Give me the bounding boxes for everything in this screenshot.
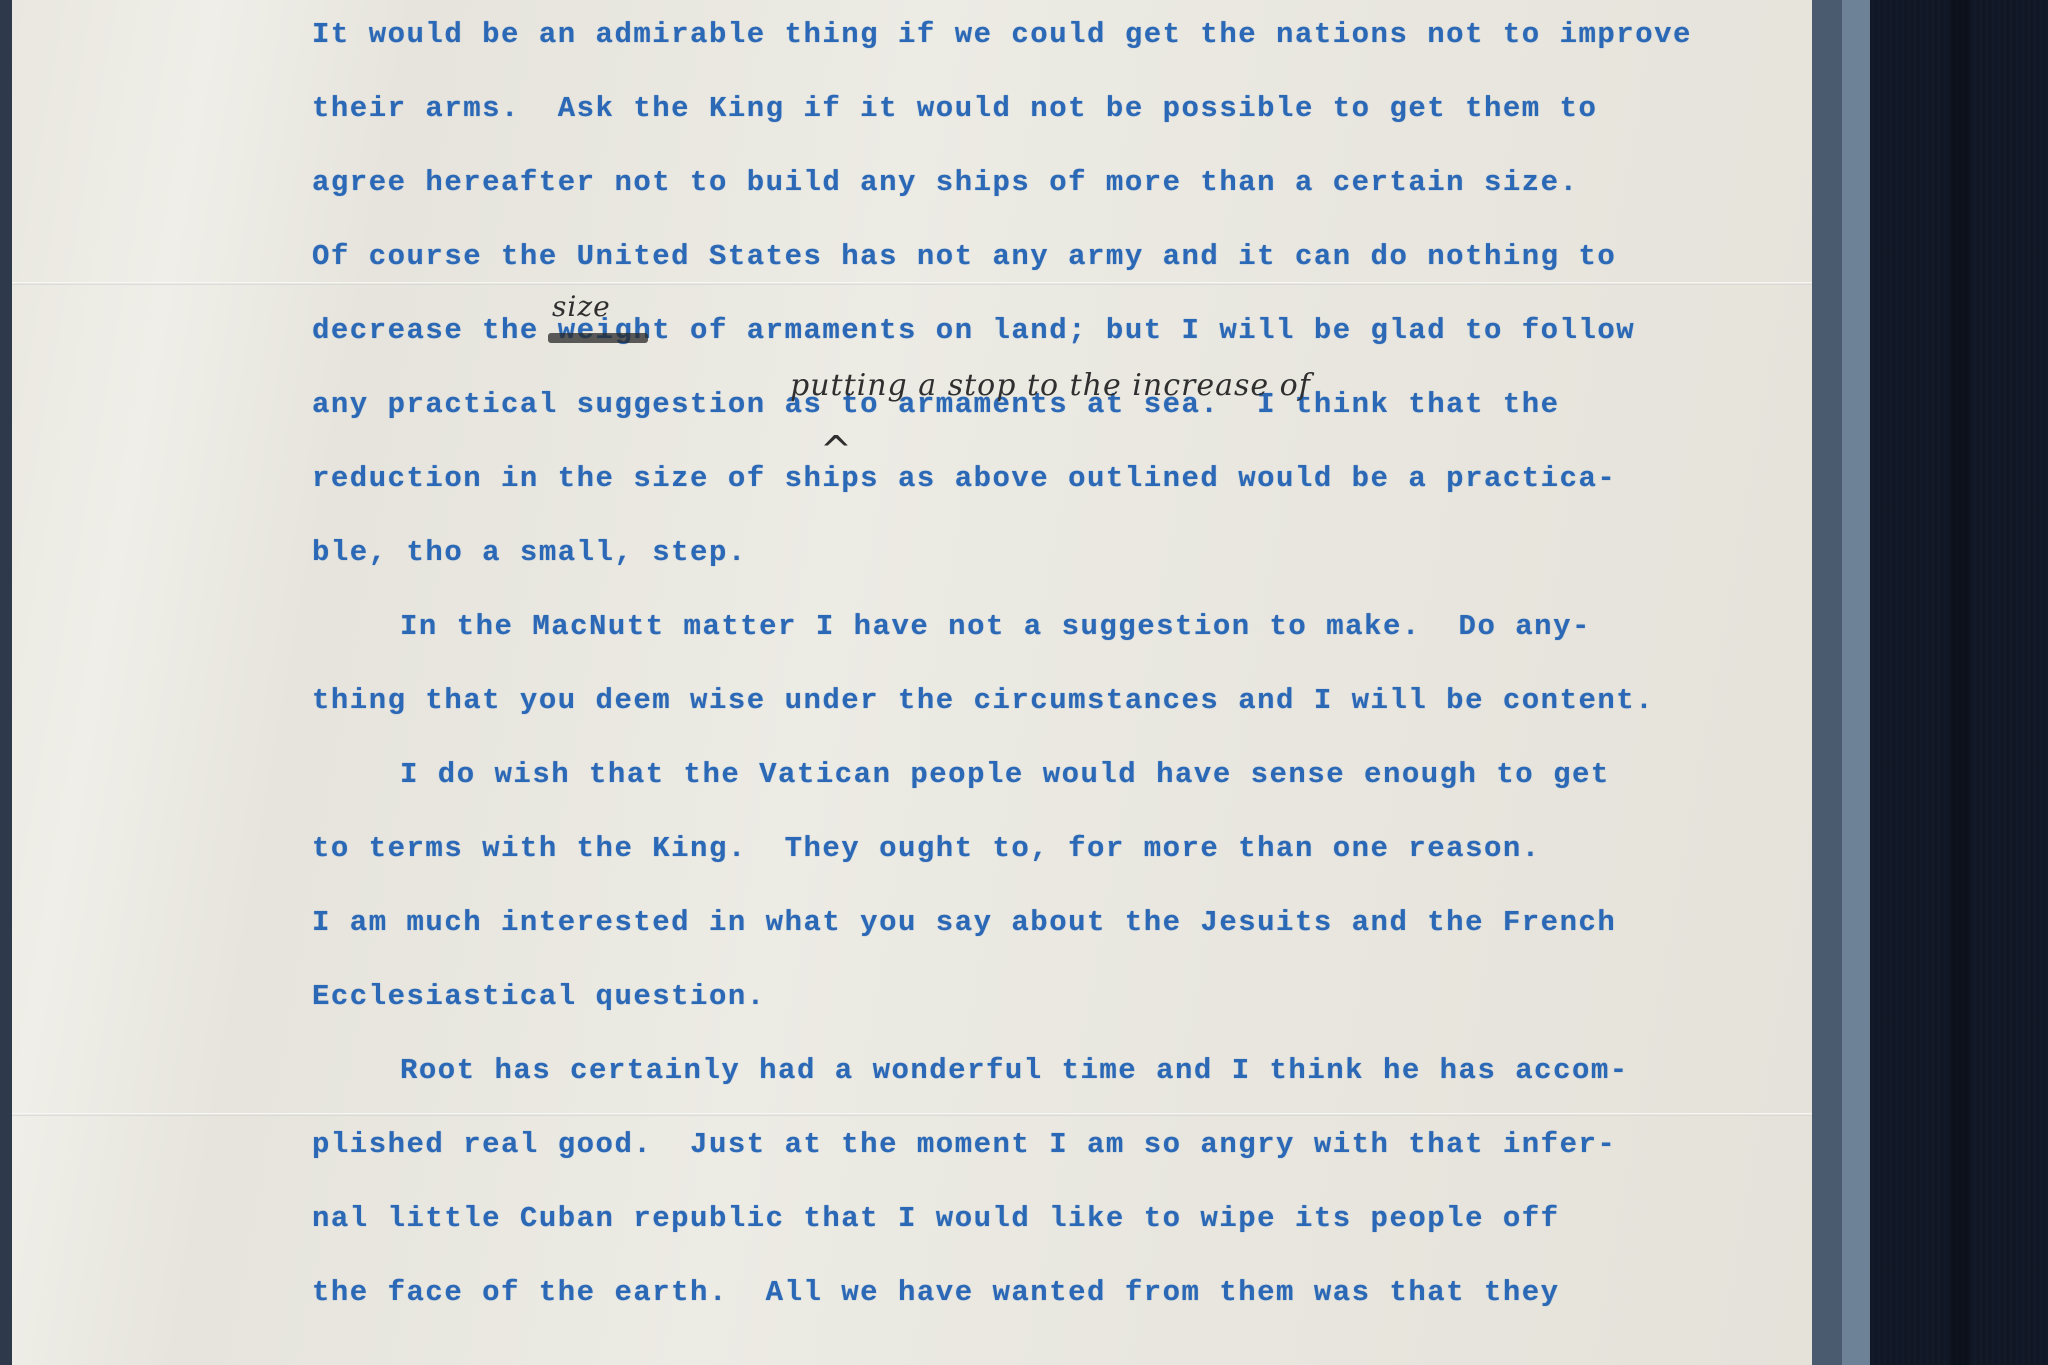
background-cloth-fold: [1950, 0, 1970, 1365]
insertion-caret-mark: ^: [820, 428, 852, 472]
text-line: Of course the United States has not any …: [312, 240, 1616, 273]
strikethrough-mark: [548, 333, 648, 343]
text-line: agree hereafter not to build any ships o…: [312, 166, 1579, 199]
text-line: ble, tho a small, step.: [312, 536, 747, 569]
text-line: Root has certainly had a wonderful time …: [312, 1054, 1629, 1087]
text-line: Ecclesiastical question.: [312, 980, 766, 1013]
protective-sleeve-shadow: [1812, 0, 1842, 1365]
text-line: In the MacNutt matter I have not a sugge…: [312, 610, 1591, 643]
text-line: It would be an admirable thing if we cou…: [312, 18, 1692, 51]
text-line: to terms with the King. They ought to, f…: [312, 832, 1541, 865]
text-line: the face of the earth. All we have wante…: [312, 1276, 1560, 1309]
text-line: I am much interested in what you say abo…: [312, 906, 1616, 939]
paper-fold-crease: [12, 282, 1812, 285]
text-line: nal little Cuban republic that I would l…: [312, 1202, 1560, 1235]
text-line: thing that you deem wise under the circu…: [312, 684, 1654, 717]
text-line: reduction in the size of ships as above …: [312, 462, 1616, 495]
text-line: plished real good. Just at the moment I …: [312, 1128, 1616, 1161]
paper-fold-crease: [12, 1113, 1812, 1116]
text-line: their arms. Ask the King if it would not…: [312, 92, 1597, 125]
text-line: decrease the weight of armaments on land…: [312, 314, 1635, 347]
handwritten-insertion: putting a stop to the increase of: [790, 368, 1311, 403]
protective-sleeve-edge: [1842, 0, 1870, 1365]
sleeve-left-edge: [0, 0, 12, 1365]
text-line: I do wish that the Vatican people would …: [312, 758, 1610, 791]
handwritten-correction: size: [552, 290, 611, 323]
